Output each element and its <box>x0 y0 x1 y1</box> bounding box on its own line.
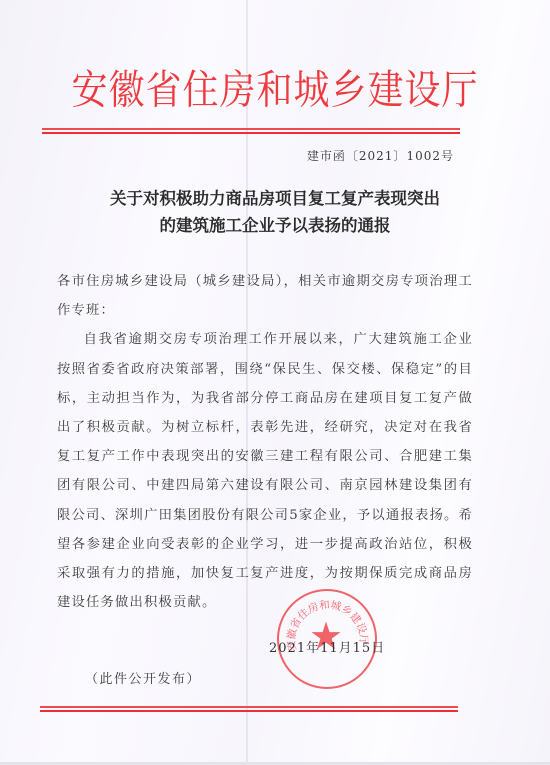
issue-date: 2021年11月15日 <box>269 637 385 656</box>
document-number: 建市函〔2021〕1002号 <box>307 147 454 164</box>
addressee: 各市住房城乡建设局（城乡建设局），相关市逾期交房专项治理工作专班： <box>57 267 473 325</box>
public-release-note: （此件公开发布） <box>85 668 201 687</box>
document-page: 安徽省住房和城乡建设厅 建市函〔2021〕1002号 关于对积极助力商品房项目复… <box>0 0 550 762</box>
document-body: 各市住房城乡建设局（城乡建设局），相关市逾期交房专项治理工作专班： 自我省逾期交… <box>57 267 473 617</box>
issuer-letterhead: 安徽省住房和城乡建设厅 <box>0 65 550 114</box>
red-divider-top <box>42 128 460 134</box>
title-line-1: 关于对积极助力商品房项目复工复产表现突出 <box>0 185 550 212</box>
red-divider-bottom <box>40 706 458 712</box>
title-line-2: 的建筑施工企业予以表扬的通报 <box>0 212 550 239</box>
document-title: 关于对积极助力商品房项目复工复产表现突出 的建筑施工企业予以表扬的通报 <box>0 185 550 239</box>
body-paragraph: 自我省逾期交房专项治理工作开展以来，广大建筑施工企业按照省委省政府决策部署，围绕… <box>57 325 473 617</box>
